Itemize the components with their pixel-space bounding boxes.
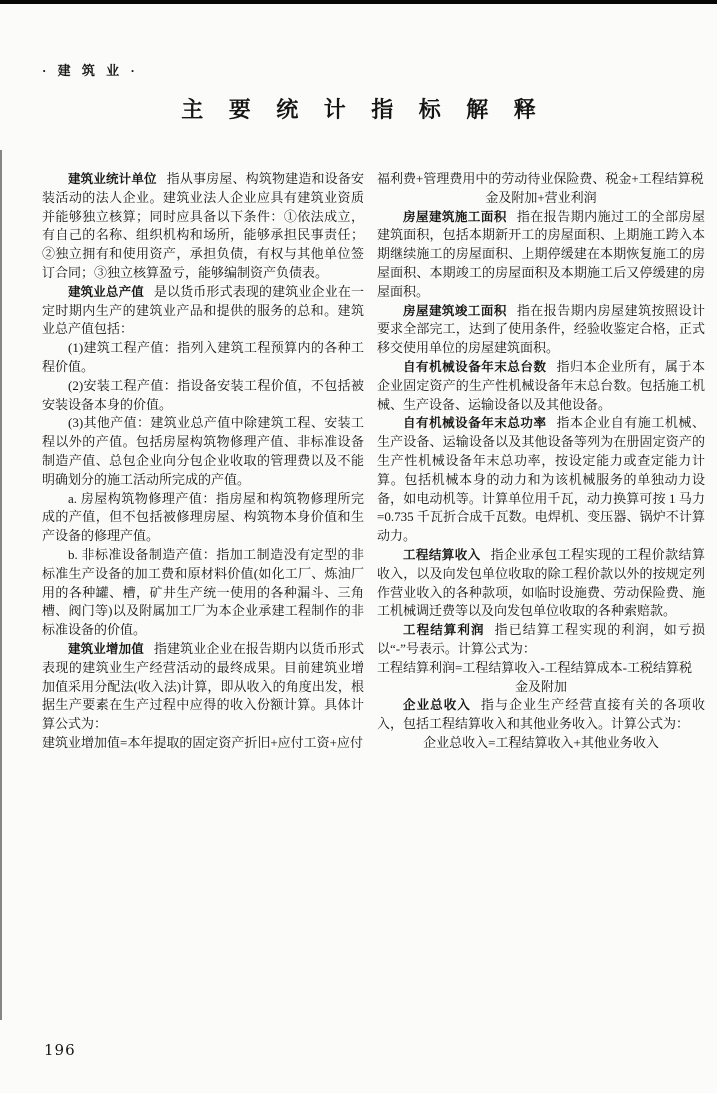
term-label: 自有机械设备年末总台数 [403, 360, 547, 374]
list-item-paragraph: a. 房屋构筑物修理产值：指房屋和构筑物修理所完成的产值，但不包括被修理房屋、构… [42, 490, 364, 546]
definition-paragraph: 建筑业增加值指建筑业企业在报告期内以货币形式表现的建筑业生产经营活动的最终成果。… [42, 640, 364, 734]
formula-line: 工程结算利润=工程结算收入-工程结算成本-工税结算税 [377, 659, 705, 678]
term-label: 房屋建筑施工面积 [403, 210, 507, 224]
formula-text: 建筑业增加值=本年提取的固定资产折旧+应付工资+应付 [42, 735, 363, 750]
formula-text: 福利费+管理费用中的劳动待业保险费、税金+工程结算税 [377, 171, 704, 186]
term-label: 自有机械设备年末总功率 [403, 416, 547, 430]
definition-paragraph: 房屋建筑施工面积指在报告期内施过工的全部房屋建筑面积，包括本期新开工的房屋面积、… [377, 208, 705, 302]
formula-line-centered: 企业总收入=工程结算收入+其他业务收入 [377, 734, 705, 753]
definition-paragraph: 建筑业总产值是以货币形式表现的建筑业企业在一定时期内生产的建筑业产品和提供的服务… [42, 283, 364, 339]
page-title: 主 要 统 计 指 标 解 释 [0, 93, 717, 124]
definition-text: a. 房屋构筑物修理产值：指房屋和构筑物修理所完成的产值，但不包括被修理房屋、构… [42, 491, 364, 544]
definition-paragraph: 房屋建筑竣工面积指在报告期内房屋建筑按照设计要求全部完工，达到了使用条件，经验收… [377, 302, 705, 358]
term-label: 建筑业增加值 [68, 642, 144, 656]
formula-text: 工程结算利润=工程结算收入-工程结算成本-工税结算税 [377, 660, 692, 675]
term-label: 建筑业统计单位 [68, 172, 157, 186]
definition-text: b. 非标准设备制造产值：指加工制造没有定型的非标准生产设备的加工费和原材料价值… [42, 547, 364, 637]
list-item-paragraph: b. 非标准设备制造产值：指加工制造没有定型的非标准生产设备的加工费和原材料价值… [42, 546, 364, 640]
formula-line: 建筑业增加值=本年提取的固定资产折旧+应付工资+应付 [42, 734, 364, 753]
left-column: 建筑业统计单位指从事房屋、构筑物建造和设备安装活动的法人企业。建筑业法人企业应具… [42, 170, 364, 753]
definition-paragraph: 建筑业统计单位指从事房屋、构筑物建造和设备安装活动的法人企业。建筑业法人企业应具… [42, 170, 364, 283]
term-label: 企业总收入 [403, 698, 471, 712]
scan-edge-top [0, 0, 717, 4]
definition-paragraph: 工程结算收入指企业承包工程实现的工程价款结算收入，以及向发包单位收取的除工程价款… [377, 546, 705, 621]
definition-text: (1)建筑工程产值：指列入建筑工程预算内的各种工程价值。 [42, 340, 364, 374]
list-item-paragraph: (1)建筑工程产值：指列入建筑工程预算内的各种工程价值。 [42, 339, 364, 377]
formula-line: 福利费+管理费用中的劳动待业保险费、税金+工程结算税 [377, 170, 705, 189]
term-label: 房屋建筑竣工面积 [403, 304, 507, 318]
definition-text: (3)其他产值：建筑业总产值中除建筑工程、安装工程以外的产值。包括房屋构筑物修理… [42, 415, 364, 486]
two-column-body: 建筑业统计单位指从事房屋、构筑物建造和设备安装活动的法人企业。建筑业法人企业应具… [42, 170, 705, 753]
formula-text: 企业总收入=工程结算收入+其他业务收入 [423, 735, 659, 750]
formula-text: 金及附加 [515, 679, 567, 694]
list-item-paragraph: (3)其他产值：建筑业总产值中除建筑工程、安装工程以外的产值。包括房屋构筑物修理… [42, 414, 364, 489]
formula-continuation-block: 福利费+管理费用中的劳动待业保险费、税金+工程结算税 金及附加+营业利润 [377, 170, 705, 208]
term-label: 工程结算利润 [403, 623, 485, 637]
page-number: 196 [44, 1041, 76, 1059]
profit-formula-block: 工程结算利润=工程结算收入-工程结算成本-工税结算税 金及附加 [377, 659, 705, 697]
term-label: 建筑业总产值 [68, 285, 144, 299]
formula-line-centered: 金及附加+营业利润 [377, 189, 705, 208]
formula-text: 金及附加+营业利润 [485, 190, 596, 205]
scan-edge-left [0, 150, 2, 1020]
definition-paragraph: 自有机械设备年末总功率指本企业自有施工机械、生产设备、运输设备以及其他设备等列为… [377, 414, 705, 546]
definition-paragraph: 工程结算利润指已结算工程实现的利润，如亏损以“-”号表示。计算公式为： [377, 621, 705, 659]
list-item-paragraph: (2)安装工程产值：指设备安装工程价值，不包括被安装设备本身的价值。 [42, 377, 364, 415]
definition-text: (2)安装工程产值：指设备安装工程价值，不包括被安装设备本身的价值。 [42, 378, 364, 412]
right-column: 福利费+管理费用中的劳动待业保险费、税金+工程结算税 金及附加+营业利润 房屋建… [377, 170, 705, 753]
definition-paragraph: 企业总收入指与企业生产经营直接有关的各项收入，包括工程结算收入和其他业务收入。计… [377, 696, 705, 734]
definition-text: 指本企业自有施工机械、生产设备、运输设备以及其他设备等列为在册固定资产的生产性机… [377, 415, 705, 543]
formula-line-centered: 金及附加 [377, 678, 705, 697]
definition-paragraph: 自有机械设备年末总台数指归本企业所有，属于本企业固定资产的生产性机械设备年末总台… [377, 358, 705, 414]
term-label: 工程结算收入 [403, 548, 481, 562]
definition-text: 指从事房屋、构筑物建造和设备安装活动的法人企业。建筑业法人企业应具有建筑业资质并… [42, 171, 364, 280]
section-label: · 建 筑 业 · [42, 60, 139, 79]
